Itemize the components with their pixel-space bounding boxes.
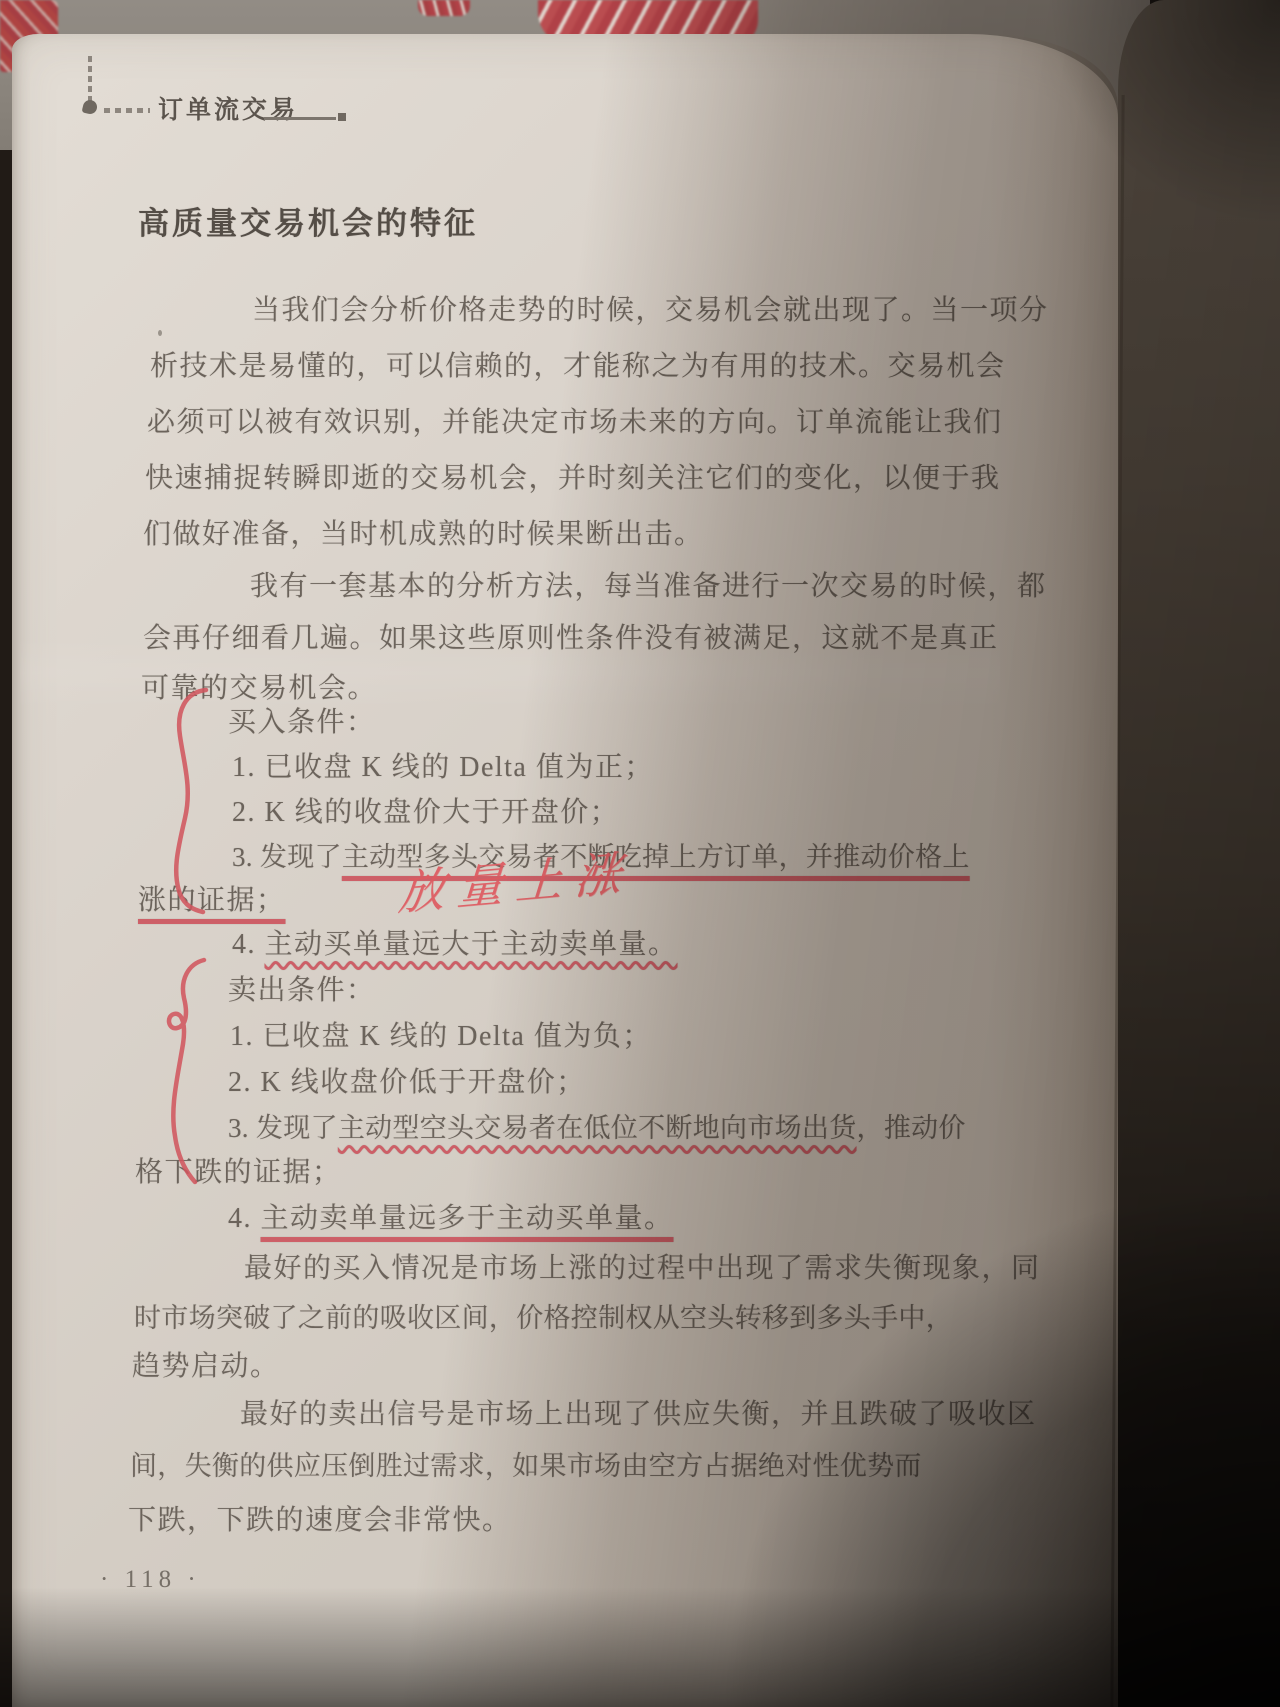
page-title: 高质量交易机会的特征 [138,198,478,243]
sell-condition-item-4: 4. 主动卖单量远多于主动买单量。 [228,1196,674,1236]
paragraph2-line-2: 会再仔细看几遍。如果这些原则性条件没有被满足，这就不是真正 [143,616,999,656]
paragraph1-line-4: 快速捕捉转瞬即逝的交易机会，并时刻关注它们的变化，以便于我 [145,456,1001,496]
paragraph1-line-5: 们做好准备，当时机成熟的时候果断出击。 [143,512,704,552]
buy-item-4-prefix: 4. [232,929,265,960]
sell-item-3-underlined-text: 主动型空头交易者在低位不断地向市场出货 [338,1113,857,1143]
photo-of-book-page: 订单流交易 高质量交易机会的特征 当我们会分析价格走势的时候，交易机会就出现了。… [0,0,1280,1707]
sell-condition-item-3-continued: 格下跌的证据； [135,1150,342,1190]
paragraph4-line-3: 下跌，下跌的速度会非常快。 [128,1498,512,1538]
paragraph4-line-2: 间，失衡的供应压倒胜过需求，如果市场由空方占据绝对性优势而 [130,1444,922,1483]
header-rule-end-dot-icon [338,113,346,121]
buy-conditions-label: 买入条件： [228,700,376,740]
paper-speck [158,330,162,336]
sell-item-4-underlined-text: 主动卖单量远多于主动买单量。 [261,1203,674,1234]
page-curl-shading [988,34,1118,1707]
sell-condition-item-2: 2. K 线收盘价低于开盘价； [228,1060,586,1100]
buy-condition-item-3-continued: 涨的证据； [138,878,286,918]
buy-item-4-underlined-text: 主动买单量远大于主动卖单量。 [265,929,678,960]
dash-line-icon [104,108,150,113]
buy-item-3-prefix: 3. 发现了 [232,842,342,872]
paragraph1-line-2: 析技术是易懂的，可以信赖的，才能称之为有用的技术。交易机会 [150,344,1006,384]
facing-page-edge [1118,0,1280,1707]
paragraph1-line-3: 必须可以被有效识别，并能决定市场未来的方向。订单流能让我们 [147,400,1003,440]
paragraph3-line-1: 最好的买入情况是市场上涨的过程中出现了需求失衡现象，同 [244,1246,1041,1286]
sell-condition-item-3: 3. 发现了主动型空头交易者在低位不断地向市场出货，推动价 [228,1106,966,1145]
buy-condition-item-2: 2. K 线的收盘价大于开盘价； [232,790,619,830]
buy-condition-item-4: 4. 主动买单量远大于主动卖单量。 [232,922,678,962]
chapter-header-label: 订单流交易 [158,90,298,126]
sell-item-3-suffix: ，推动价 [857,1113,966,1143]
paragraph2-line-1: 我有一套基本的分析方法，每当准备进行一次交易的时候，都 [250,564,1047,604]
paragraph1-line-1: 当我们会分析价格走势的时候，交易机会就出现了。当一项分 [252,288,1049,328]
paragraph3-line-2: 时市场突破了之前的吸收区间，价格控制权从空头转移到多头手中， [134,1296,953,1335]
sell-item-4-prefix: 4. [228,1203,261,1234]
red-fabric-background [418,0,470,16]
page-number: · 118 · [100,1566,201,1594]
paragraph4-line-1: 最好的卖出信号是市场上出现了供应失衡，并且跌破了吸收区 [240,1392,1037,1432]
paragraph3-line-3: 趋势启动。 [132,1344,280,1384]
buy-condition-item-1: 1. 已收盘 K 线的 Delta 值为正； [232,745,654,785]
header-rule-icon [264,117,336,120]
sell-conditions-label: 卖出条件： [228,968,376,1008]
sell-condition-item-1: 1. 已收盘 K 线的 Delta 值为负； [230,1014,652,1054]
sell-item-3-prefix: 3. 发现了 [228,1113,338,1143]
dotted-line-icon [88,56,92,102]
buy-item-3-continued-underlined: 涨的证据； [138,885,286,916]
